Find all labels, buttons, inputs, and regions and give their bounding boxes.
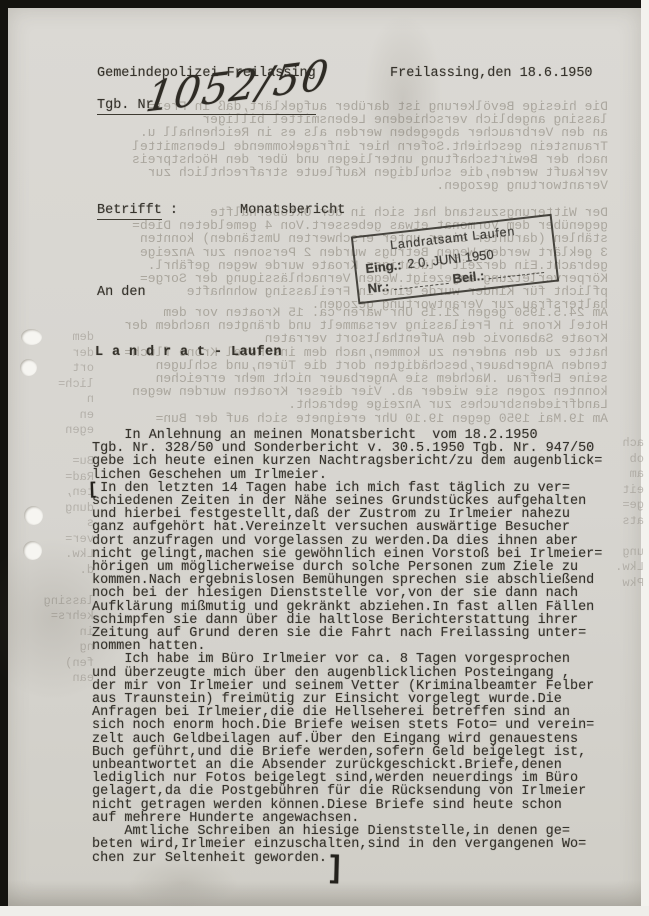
scan-edge-bottom xyxy=(0,906,649,916)
paper-sheet: Die hiesige Bevölkerung ist darüber aufg… xyxy=(8,8,641,906)
punch-hole xyxy=(21,329,42,345)
stamp-beil-blank xyxy=(488,262,545,279)
place-and-date: Freilassing,den 18.6.1950 xyxy=(390,66,593,81)
recipient-intro: An den xyxy=(97,285,146,300)
punch-hole xyxy=(20,359,37,376)
received-stamp: Landratsamt Laufen Eing.:2 0. JUNI 1950 … xyxy=(351,214,559,304)
stamp-received-label: Eing.: xyxy=(365,257,403,276)
scan-edge-right xyxy=(641,0,649,916)
bleedthrough-block-lower: Am 24.5.1950 gegen 21.15 Uhr waren ca. 1… xyxy=(86,306,608,425)
paper-stain xyxy=(363,13,443,183)
subject-colon: : xyxy=(162,203,178,218)
subject-label: Betrifft xyxy=(97,203,162,220)
subject-row: Betrifft : xyxy=(97,203,178,218)
recipient-name: L a n d r a t - Laufen xyxy=(95,345,282,360)
stamp-nr-label: Nr.: xyxy=(367,279,390,296)
tgb-number-line xyxy=(97,114,316,115)
report-body-text: In Anlehnung an meinen Monatsbericht vom… xyxy=(92,429,624,865)
subject-value: Monatsbericht xyxy=(240,203,345,218)
punch-hole xyxy=(24,506,43,525)
margin-bracket-open: [ xyxy=(90,479,96,499)
paper-bottom-shadow xyxy=(8,880,641,906)
scanned-document-page: Die hiesige Bevölkerung ist darüber aufg… xyxy=(0,0,649,916)
stamp-beil-label: Beil.: xyxy=(452,268,485,287)
margin-bracket-close: ] xyxy=(330,849,341,885)
tgb-number-handwritten: 1052/50 xyxy=(143,50,334,122)
punch-hole xyxy=(23,541,42,560)
stamp-nr-blank xyxy=(393,273,450,290)
bleedthrough-left-margin: dem der ort lich= n en egen Bu= Rad= ten… xyxy=(38,330,94,687)
